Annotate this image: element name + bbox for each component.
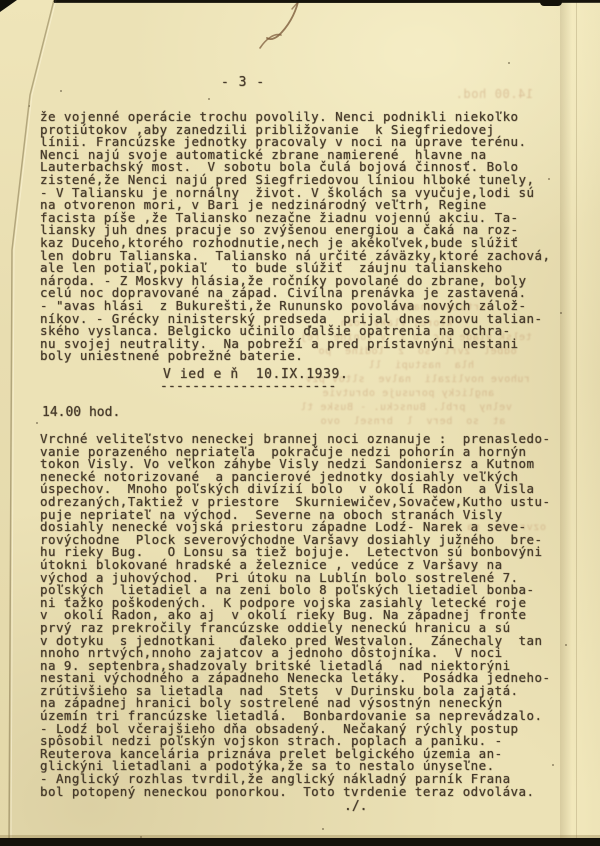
bleedthrough-text: at so berv l brnsel ovo bbox=[320, 416, 505, 427]
paper-speck bbox=[565, 644, 567, 646]
bleedthrough-text: velny prbl. Bunscku. - Buske tl bbox=[300, 402, 512, 413]
page-fold-shading bbox=[560, 2, 600, 839]
paragraph-2: Vrchné veliteľstvo neneckej brannej noci… bbox=[40, 433, 550, 798]
paper-speck bbox=[560, 312, 562, 314]
scanned-document: 14.00 hod.ortuim oznamektorej vlaky rozh… bbox=[0, 0, 600, 846]
pen-mark-icon bbox=[248, 2, 318, 62]
document-page: 14.00 hod.ortuim oznamektorej vlaky rozh… bbox=[0, 2, 600, 839]
page-number: - 3 - bbox=[221, 75, 265, 90]
time-label: 14.00 hod. bbox=[42, 405, 120, 420]
paper-speck bbox=[322, 828, 324, 830]
paragraph-1: že vojenné operácie trochu povolily. Nen… bbox=[40, 111, 550, 363]
dateline-underline: ---------------------- bbox=[160, 379, 337, 394]
page-fold-line bbox=[576, 2, 577, 839]
bleedthrough-text: anglicky porusuje obrutvie bbox=[322, 388, 494, 399]
paper-speck bbox=[552, 764, 554, 766]
bleedthrough-text: 14.00 hod. bbox=[455, 87, 533, 101]
paper-speck bbox=[208, 98, 210, 100]
scan-edge-mark bbox=[540, 0, 562, 6]
paper-speck bbox=[508, 62, 510, 64]
paper-speck bbox=[36, 422, 38, 424]
paper-speck bbox=[60, 90, 62, 92]
scan-edge-bottom bbox=[0, 838, 600, 846]
continuation-mark: ./. bbox=[344, 799, 367, 814]
scan-edge-top bbox=[54, 0, 600, 3]
